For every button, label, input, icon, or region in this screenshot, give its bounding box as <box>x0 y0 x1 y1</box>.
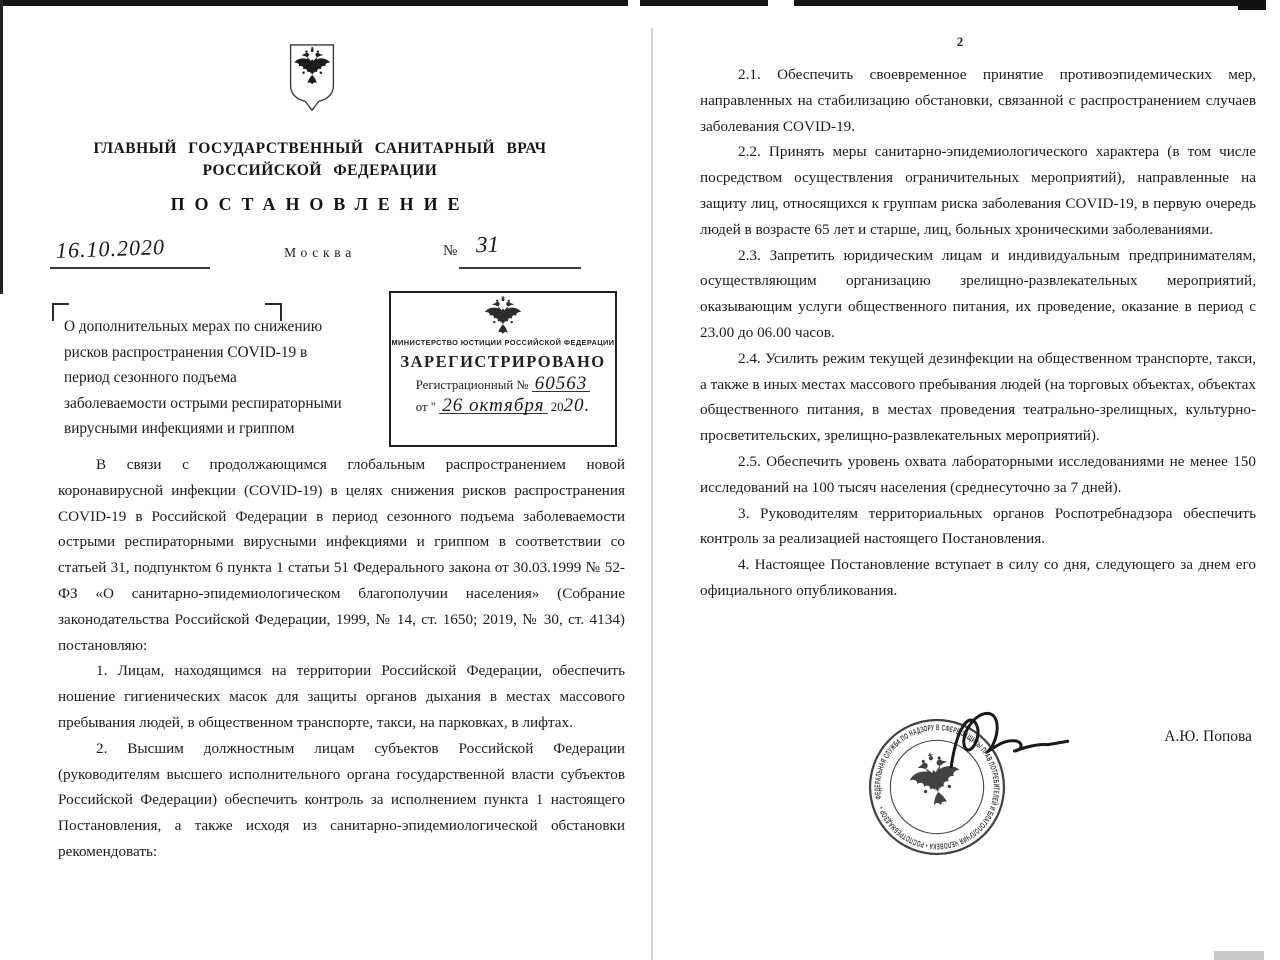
signature-icon <box>939 695 1090 797</box>
coat-of-arms-icon <box>284 42 340 114</box>
stamp-registration-number-line: Регистрационный № 60563 <box>391 377 615 393</box>
handwritten-number: 31 <box>476 232 499 258</box>
scan-border-gap <box>1266 0 1280 8</box>
org-title-line1: ГЛАВНЫЙ ГОСУДАРСТВЕННЫЙ САНИТАРНЫЙ ВРАЧ <box>40 138 600 160</box>
scan-border-gap <box>768 0 794 7</box>
scan-border-gap <box>628 0 640 7</box>
scan-smudge <box>1214 951 1264 960</box>
stamp-ministry-name: МИНИСТЕРСТВО ЮСТИЦИИ РОССИЙСКОЙ ФЕДЕРАЦИ… <box>391 338 615 347</box>
page1-body-text: В связи с продолжающимся глобальным расп… <box>58 452 625 865</box>
page-divider-line <box>651 28 653 960</box>
stamp-date-label: от " <box>416 400 436 414</box>
paragraph-item-1: 1. Лицам, находящимся на территории Росс… <box>58 658 625 735</box>
paragraph-preamble: В связи с продолжающимся глобальным расп… <box>58 452 625 658</box>
handwritten-stamp-date: 26 октября <box>439 399 547 414</box>
paragraph-item-2: 2. Высшим должностным лицам субъектов Ро… <box>58 736 625 865</box>
page-number: 2 <box>880 34 1040 50</box>
number-underline <box>459 267 581 269</box>
paragraph-item-2-1: 2.1. Обеспечить своевременное принятие п… <box>700 62 1256 139</box>
handwritten-registration-number: 60563 <box>532 377 591 392</box>
paragraph-item-2-3: 2.3. Запретить юридическим лицам и индив… <box>700 243 1256 346</box>
org-title: ГЛАВНЫЙ ГОСУДАРСТВЕННЫЙ САНИТАРНЫЙ ВРАЧ … <box>40 138 600 182</box>
scan-border-left <box>0 0 3 294</box>
stamp-eagle-icon <box>481 296 525 336</box>
paragraph-item-4: 4. Настоящее Постановление вступает в си… <box>700 552 1256 604</box>
handwritten-stamp-year: 20. <box>564 395 591 416</box>
page2-body-text: 2.1. Обеспечить своевременное принятие п… <box>700 62 1256 604</box>
paragraph-item-2-5: 2.5. Обеспечить уровень охвата лаборатор… <box>700 449 1256 501</box>
paragraph-item-2-2: 2.2. Принять меры санитарно-эпидемиологи… <box>700 139 1256 242</box>
paragraph-item-3: 3. Руководителям территориальных органов… <box>700 501 1256 553</box>
stamp-year-printed: 20 <box>551 400 564 414</box>
stamp-registered-label: ЗАРЕГИСТРИРОВАНО <box>391 352 615 372</box>
city-label: Москва <box>255 245 385 261</box>
paragraph-item-2-4: 2.4. Усилить режим текущей дезинфекции н… <box>700 346 1256 449</box>
handwritten-date: 16.10.2020 <box>56 234 166 264</box>
registration-number-label: Регистрационный № <box>416 378 529 392</box>
org-title-line2: РОССИЙСКОЙ ФЕДЕРАЦИИ <box>40 160 600 182</box>
number-sign-label: № <box>443 243 457 260</box>
stamp-date-line: от " 26 октября 2020. <box>391 395 615 417</box>
date-underline <box>50 267 210 269</box>
scanned-document: ГЛАВНЫЙ ГОСУДАРСТВЕННЫЙ САНИТАРНЫЙ ВРАЧ … <box>0 0 1280 960</box>
justice-ministry-registration-stamp: МИНИСТЕРСТВО ЮСТИЦИИ РОССИЙСКОЙ ФЕДЕРАЦИ… <box>389 291 617 447</box>
scan-border-top <box>0 0 1280 6</box>
document-type-title: ПОСТАНОВЛЕНИЕ <box>40 194 600 215</box>
signer-name: А.Ю. Попова <box>1138 728 1252 746</box>
scan-border-top-right <box>1238 0 1266 10</box>
document-subject: О дополнительных мерах по снижению риско… <box>64 314 342 442</box>
